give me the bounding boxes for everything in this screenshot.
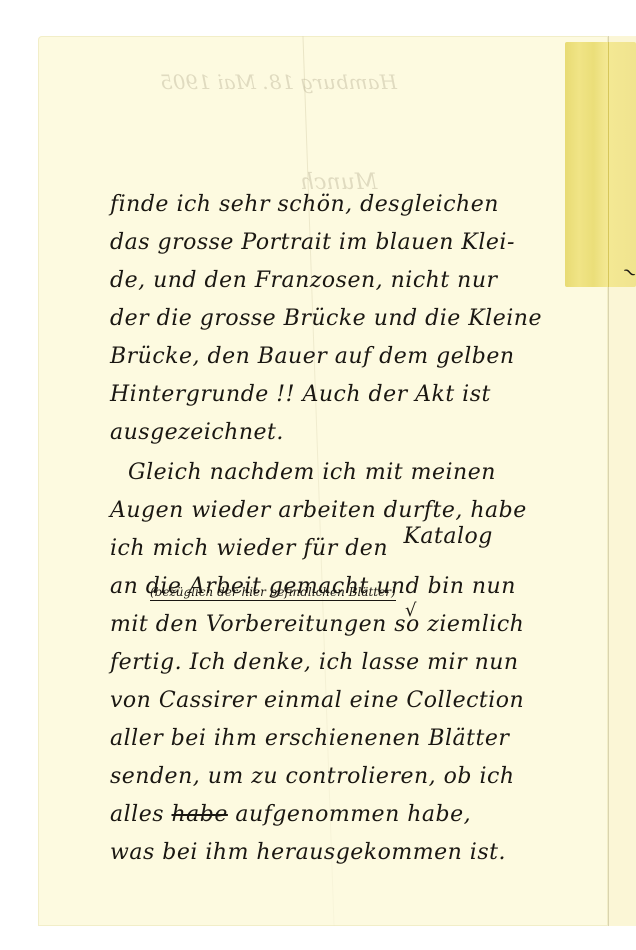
letter-line-5: Brücke, den Bauer auf dem gelben — [110, 344, 515, 369]
letter-line-14: von Cassirer einmal eine Collection — [110, 688, 524, 713]
letter-line-16: senden, um zu controlieren, ob ich — [110, 764, 514, 789]
letter-line-7: ausgezeichnet. — [110, 420, 284, 445]
interlinear-insertion: (bezüglich der hier befindlichen Blätter… — [150, 585, 396, 601]
letter-line-10-main: ich mich wieder für den — [110, 536, 388, 561]
insertion-caret-mark: √ — [405, 600, 416, 621]
struck-word: habe — [172, 802, 228, 827]
letter-line-1: finde ich sehr schön, desgleichen — [110, 192, 499, 217]
tape-crease — [608, 42, 609, 287]
letter-line-6: Hintergrunde !! Auch der Akt ist — [110, 382, 491, 407]
letter-line-15: aller bei ihm erschienenen Blätter — [110, 726, 509, 751]
letter-line-10-superscript: Katalog — [404, 524, 493, 549]
letter-line-8-paragraph-start: Gleich nachdem ich mit meinen — [128, 460, 496, 485]
letter-line-18: was bei ihm herausgekommen ist. — [110, 840, 506, 865]
letter-line-2: das grosse Portrait im blauen Klei- — [110, 230, 515, 255]
letter-line-17: alles habe aufgenommen habe, — [110, 802, 471, 827]
letter-line-17-after: aufgenommen habe, — [228, 802, 471, 827]
letter-line-3: de, und den Franzosen, nicht nur — [110, 268, 498, 293]
letter-line-10: ich mich wieder für den Katalog — [110, 536, 493, 561]
letter-line-4: der die grosse Brücke und die Kleine — [110, 306, 542, 331]
letter-line-17-before: alles — [110, 802, 172, 827]
bleed-through-date: Hamburg 18. Mai 1905 — [160, 70, 397, 94]
letter-line-9: Augen wieder arbeiten durfte, habe — [110, 498, 527, 523]
letter-line-13: fertig. Ich denke, ich lasse mir nun — [110, 650, 519, 675]
adhesive-tape-strip — [565, 42, 636, 287]
letter-line-12: mit den Vorbereitungen so ziemlich — [110, 612, 524, 637]
